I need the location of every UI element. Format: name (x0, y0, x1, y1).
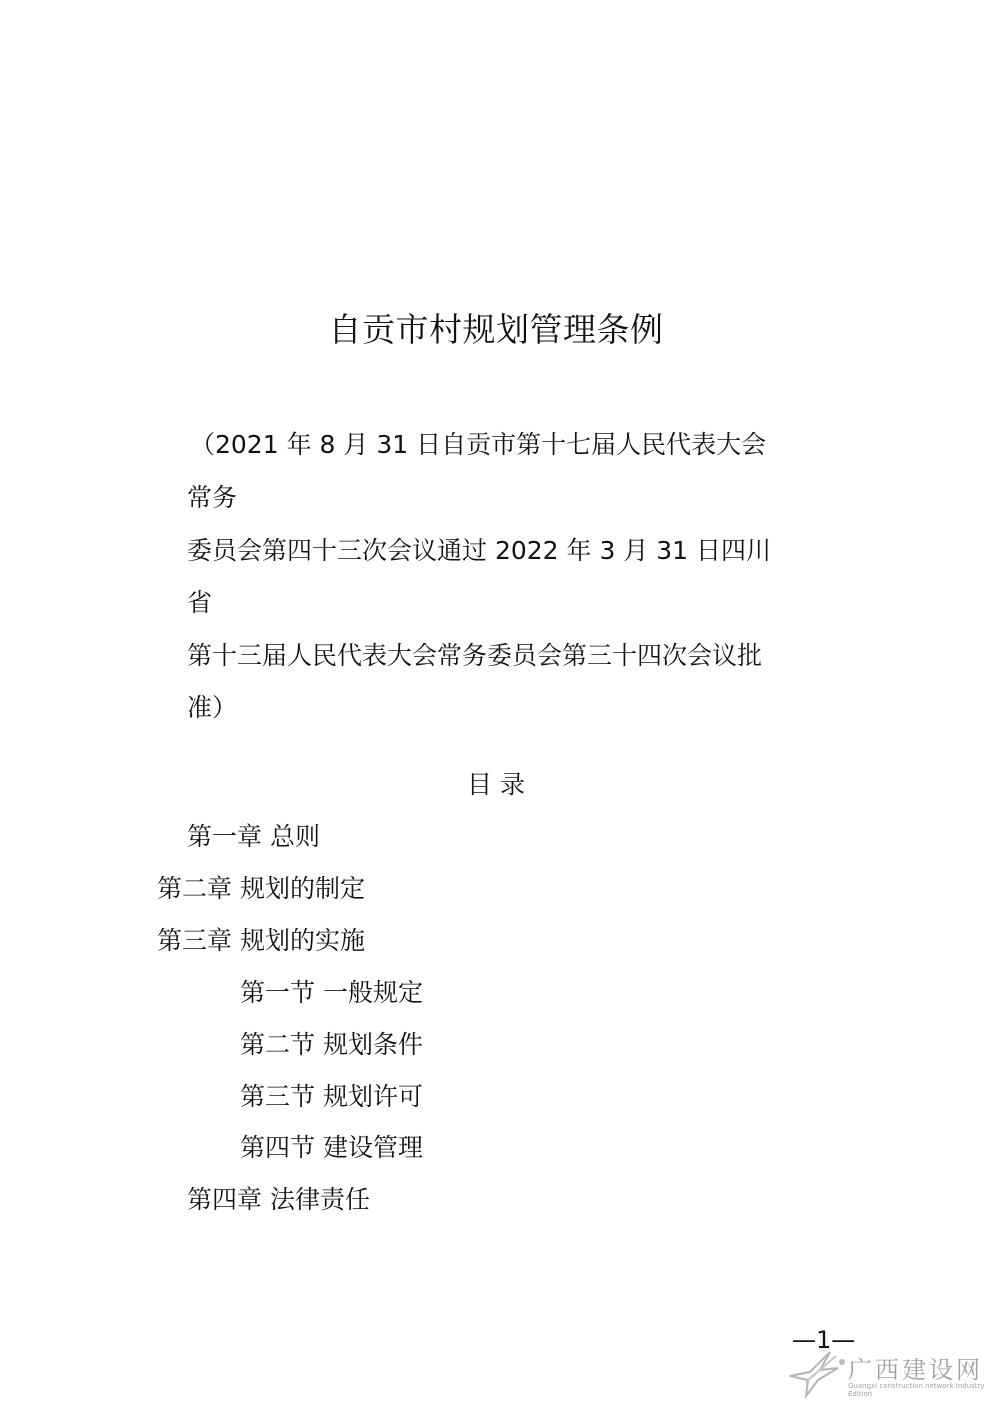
document-title: 自贡市村规划管理条例 (0, 304, 992, 351)
approval-line-4: 省 (187, 583, 212, 619)
approval-line-6: 准） (187, 688, 237, 724)
toc-item-section-4: 第四节 建设管理 (240, 1128, 423, 1164)
watermark-subtitle: Guangxi construction network Industry Ed… (848, 1382, 992, 1398)
star-logo-icon (786, 1348, 846, 1400)
toc-item-section-1: 第一节 一般规定 (240, 973, 423, 1009)
approval-line-5: 第十三届人民代表大会常务委员会第三十四次会议批 (187, 636, 762, 672)
watermark-name: 广西建设网 (848, 1350, 983, 1385)
toc-item-chapter-4: 第四章 法律责任 (187, 1180, 370, 1216)
approval-line-3: 委员会第四十三次会议通过 2022 年 3 月 31 日四川 (187, 531, 771, 567)
toc-item-chapter-2: 第二章 规划的制定 (157, 869, 365, 905)
watermark: 广西建设网 Guangxi construction network Indus… (786, 1348, 992, 1403)
toc-item-section-3: 第三节 规划许可 (240, 1077, 423, 1113)
approval-line-2: 常务 (187, 478, 237, 514)
toc-item-section-2: 第二节 规划条件 (240, 1025, 423, 1061)
toc-heading: 目 录 (0, 765, 992, 801)
approval-line-1: （2021 年 8 月 31 日自贡市第十七届人民代表大会 (190, 425, 766, 461)
toc-item-chapter-3: 第三章 规划的实施 (157, 921, 365, 957)
toc-item-chapter-1: 第一章 总则 (187, 817, 320, 853)
